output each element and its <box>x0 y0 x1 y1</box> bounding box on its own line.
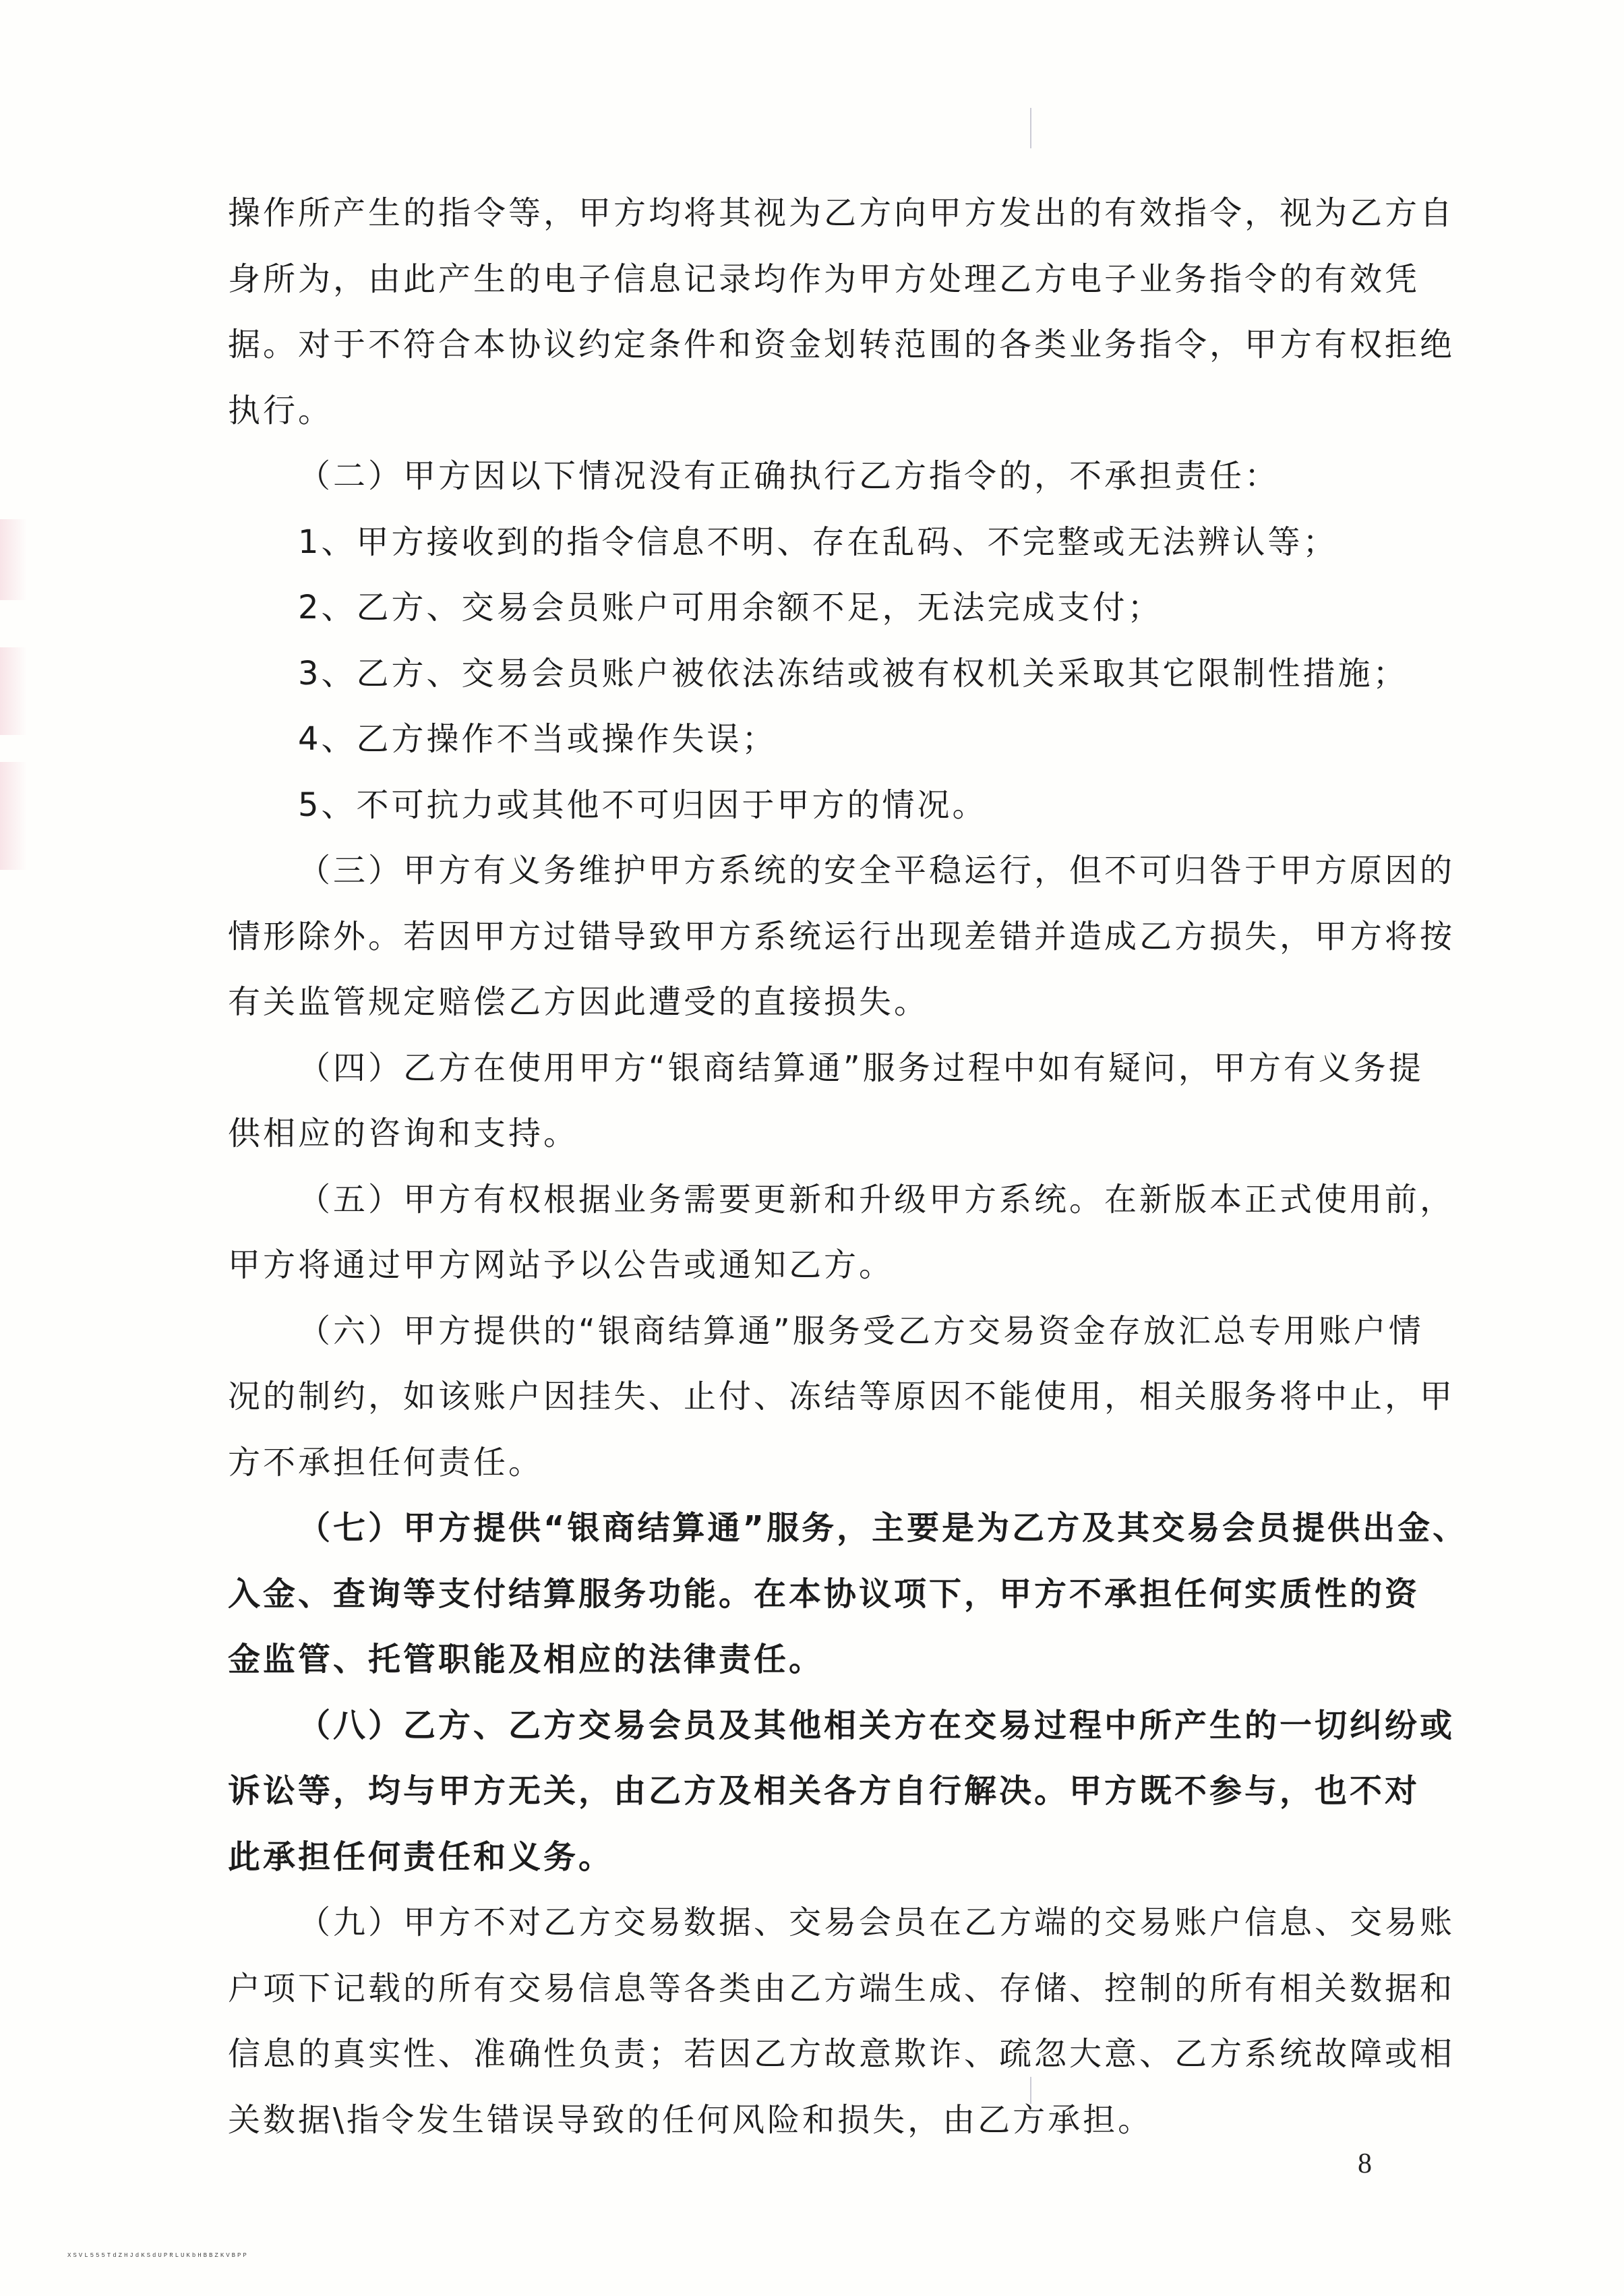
paragraph-clause-6: （六）甲方提供的“银商结算通”服务受乙方交易资金存放汇总专用账户情 况的制约，如… <box>228 1299 1393 1496</box>
text-line: （九）甲方不对乙方交易数据、交易会员在乙方端的交易账户信息、交易账 <box>228 1890 1393 1956</box>
text-line: 2、乙方、交易会员账户可用余额不足，无法完成支付； <box>228 575 1393 641</box>
text-line: 1、甲方接收到的指令信息不明、存在乱码、不完整或无法辨认等； <box>228 510 1393 576</box>
text-line: 操作所产生的指令等，甲方均将其视为乙方向甲方发出的有效指令，视为乙方自 <box>228 181 1393 247</box>
list-item-clause-2-3: 3、乙方、交易会员账户被依法冻结或被有权机关采取其它限制性措施； <box>228 641 1393 707</box>
list-item-clause-2-2: 2、乙方、交易会员账户可用余额不足，无法完成支付； <box>228 575 1393 641</box>
text-line: 3、乙方、交易会员账户被依法冻结或被有权机关采取其它限制性措施； <box>228 641 1393 707</box>
document-body: 操作所产生的指令等，甲方均将其视为乙方向甲方发出的有效指令，视为乙方自 身所为，… <box>228 181 1393 2153</box>
text-line: 据。对于不符合本协议约定条件和资金划转范围的各类业务指令，甲方有权拒绝 <box>228 312 1393 378</box>
list-item-clause-2-5: 5、不可抗力或其他不可归因于甲方的情况。 <box>228 773 1393 839</box>
text-line: 户项下记载的所有交易信息等各类由乙方端生成、存储、控制的所有相关数据和 <box>228 1956 1393 2022</box>
text-line: 信息的真实性、准确性负责；若因乙方故意欺诈、疏忽大意、乙方系统故障或相 <box>228 2022 1393 2088</box>
text-line: （五）甲方有权根据业务需要更新和升级甲方系统。在新版本正式使用前， <box>228 1167 1393 1233</box>
paragraph-clause-2: （二）甲方因以下情况没有正确执行乙方指令的，不承担责任： <box>228 444 1393 510</box>
scan-artifact-line <box>1030 108 1031 148</box>
text-line: 情形除外。若因甲方过错导致甲方系统运行出现差错并造成乙方损失，甲方将按 <box>228 904 1393 970</box>
seal-bleed-mark <box>0 762 27 870</box>
paragraph-clause-9: （九）甲方不对乙方交易数据、交易会员在乙方端的交易账户信息、交易账 户项下记载的… <box>228 1890 1393 2153</box>
paragraph-clause-4: （四）乙方在使用甲方“银商结算通”服务过程中如有疑问，甲方有义务提 供相应的咨询… <box>228 1036 1393 1167</box>
paragraph-clause-3: （三）甲方有义务维护甲方系统的安全平稳运行，但不可归咎于甲方原因的 情形除外。若… <box>228 838 1393 1036</box>
seal-bleed-mark <box>0 647 27 735</box>
text-line: 甲方将通过甲方网站予以公告或通知乙方。 <box>228 1233 1393 1299</box>
text-line: 5、不可抗力或其他不可归因于甲方的情况。 <box>228 773 1393 839</box>
text-line: 入金、查询等支付结算服务功能。在本协议项下，甲方不承担任何实质性的资 <box>228 1562 1393 1628</box>
paragraph-clause-7: （七）甲方提供“银商结算通”服务，主要是为乙方及其交易会员提供出金、 入金、查询… <box>228 1496 1393 1693</box>
text-line: 有关监管规定赔偿乙方因此遭受的直接损失。 <box>228 970 1393 1036</box>
text-line: 况的制约，如该账户因挂失、止付、冻结等原因不能使用，相关服务将中止，甲 <box>228 1364 1393 1430</box>
text-line: 关数据\指令发生错误导致的任何风险和损失，由乙方承担。 <box>228 2088 1393 2154</box>
text-line: （八）乙方、乙方交易会员及其他相关方在交易过程中所产生的一切纠纷或 <box>228 1693 1393 1759</box>
text-line: 诉讼等，均与甲方无关，由乙方及相关各方自行解决。甲方既不参与，也不对 <box>228 1759 1393 1825</box>
seal-bleed-mark <box>0 519 27 600</box>
text-line: 4、乙方操作不当或操作失误； <box>228 707 1393 773</box>
text-line: 执行。 <box>228 378 1393 444</box>
text-line: （七）甲方提供“银商结算通”服务，主要是为乙方及其交易会员提供出金、 <box>228 1496 1393 1562</box>
text-line: 金监管、托管职能及相应的法律责任。 <box>228 1627 1393 1693</box>
paragraph-clause-8: （八）乙方、乙方交易会员及其他相关方在交易过程中所产生的一切纠纷或 诉讼等，均与… <box>228 1693 1393 1891</box>
page-number: 8 <box>1358 2148 1372 2180</box>
text-line: 此承担任何责任和义务。 <box>228 1825 1393 1891</box>
text-line: 身所为，由此产生的电子信息记录均作为甲方处理乙方电子业务指令的有效凭 <box>228 247 1393 313</box>
list-item-clause-2-4: 4、乙方操作不当或操作失误； <box>228 707 1393 773</box>
text-line: （三）甲方有义务维护甲方系统的安全平稳运行，但不可归咎于甲方原因的 <box>228 838 1393 904</box>
text-line: （四）乙方在使用甲方“银商结算通”服务过程中如有疑问，甲方有义务提 <box>228 1036 1393 1102</box>
paragraph-continuation: 操作所产生的指令等，甲方均将其视为乙方向甲方发出的有效指令，视为乙方自 身所为，… <box>228 181 1393 444</box>
print-serial-code: XSVL555TdZHJdKSdUPRLUKbHBBZKVBPP <box>67 2252 249 2259</box>
list-item-clause-2-1: 1、甲方接收到的指令信息不明、存在乱码、不完整或无法辨认等； <box>228 510 1393 576</box>
text-line: （六）甲方提供的“银商结算通”服务受乙方交易资金存放汇总专用账户情 <box>228 1299 1393 1365</box>
text-line: 供相应的咨询和支持。 <box>228 1101 1393 1167</box>
text-line: （二）甲方因以下情况没有正确执行乙方指令的，不承担责任： <box>228 444 1393 510</box>
paragraph-clause-5: （五）甲方有权根据业务需要更新和升级甲方系统。在新版本正式使用前， 甲方将通过甲… <box>228 1167 1393 1299</box>
text-line: 方不承担任何责任。 <box>228 1430 1393 1496</box>
